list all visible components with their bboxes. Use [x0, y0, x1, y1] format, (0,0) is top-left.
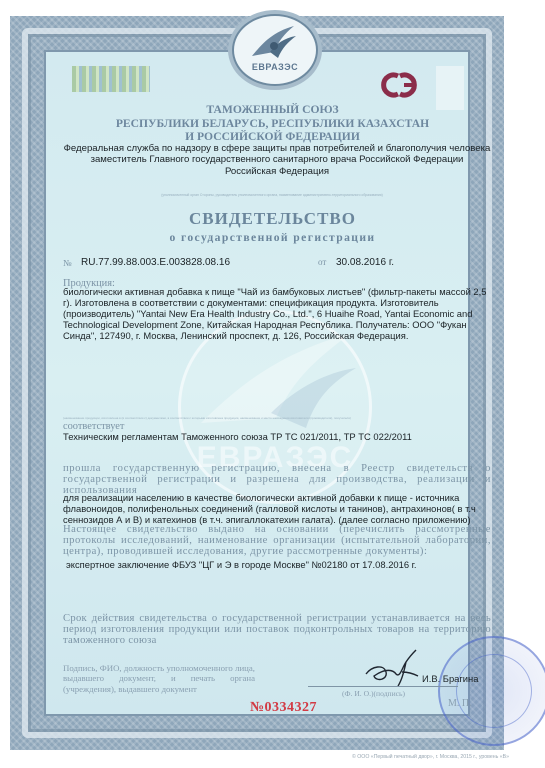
registration-date: 30.08.2016 г.: [336, 257, 394, 268]
emblem-label: ЕВРАЗЭС: [234, 62, 316, 72]
bird-emblem-icon: [248, 22, 300, 62]
eurasec-emblem: ЕВРАЗЭС: [232, 14, 318, 86]
official-seal: [438, 636, 545, 746]
basis-statement: Настоящее свидетельство выдано на основа…: [63, 524, 491, 558]
basis-document: экспертное заключение ФБУЗ "ЦГ и Э в гор…: [66, 559, 417, 570]
union-line: РЕСПУБЛИКИ БЕЛАРУСЬ, РЕСПУБЛИКИ КАЗАХСТА…: [0, 117, 545, 131]
signature-line: [308, 686, 458, 687]
signature-caption: (Ф. И. О.)(подпись): [342, 689, 405, 698]
date-label: от: [318, 257, 326, 267]
form-serial-number: №0334327: [0, 700, 545, 716]
registration-number: RU.77.99.88.003.E.003828.08.16: [81, 257, 230, 268]
certificate-content: ЕВРАЗЭС ЕВРАЗЭС ТАМОЖЕННЫЙ СОЮЗ РЕСПУБЛИ…: [0, 0, 545, 768]
se-mark-icon: [378, 70, 424, 100]
certificate-title: СВИДЕТЕЛЬСТВО: [0, 209, 545, 229]
signer-name: И.В. Брагина: [422, 673, 478, 684]
agency-caption: (уполномоченный орган Стороны, руководит…: [92, 193, 452, 197]
union-line: ТАМОЖЕННЫЙ СОЮЗ: [0, 103, 545, 117]
conformity-text: Техническим регламентам Таможенного союз…: [63, 431, 412, 442]
usage-scope: для реализации населению в качестве биол…: [63, 492, 495, 525]
hologram-strip: [72, 66, 150, 92]
certificate-subtitle: о государственной регистрации: [0, 231, 545, 244]
signature-label: Подпись, ФИО, должность уполномоченного …: [63, 663, 255, 694]
issuing-agency: Федеральная служба по надзору в сфере за…: [62, 143, 492, 177]
validity-statement: Срок действия свидетельства о государств…: [63, 613, 491, 647]
handwritten-signature-icon: [362, 648, 422, 688]
product-caption: (наименование продукции, изготовлена в (…: [63, 416, 495, 420]
union-line: И РОССИЙСКОЙ ФЕДЕРАЦИИ: [0, 130, 545, 144]
agency-line: заместитель Главного государственного са…: [62, 154, 492, 165]
product-description: биологически активная добавка к пище "Ча…: [63, 286, 495, 341]
number-label: №: [63, 258, 72, 268]
agency-line: Российская Федерация: [62, 166, 492, 177]
printer-imprint: © ООО «Первый печатный двор», г. Москва,…: [352, 754, 509, 760]
agency-line: Федеральная служба по надзору в сфере за…: [62, 143, 492, 154]
customs-union-heading: ТАМОЖЕННЫЙ СОЮЗ РЕСПУБЛИКИ БЕЛАРУСЬ, РЕС…: [0, 103, 545, 144]
